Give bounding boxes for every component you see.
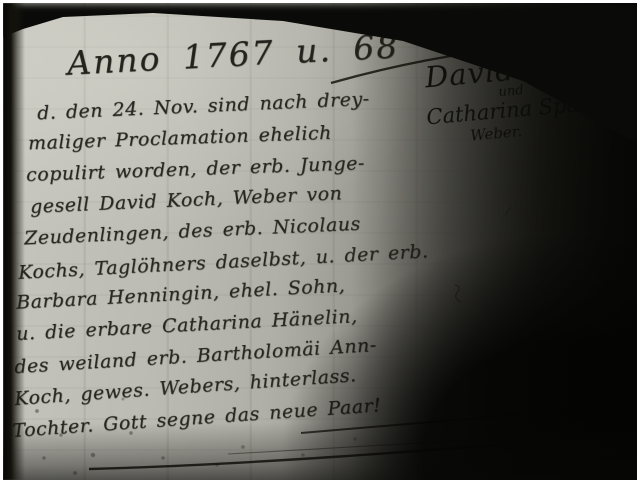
register-photograph: Anno 1767 u. 68 d. den 24. Nov. sind nac… bbox=[3, 3, 637, 480]
photo-frame: Anno 1767 u. 68 d. den 24. Nov. sind nac… bbox=[0, 0, 640, 483]
flourish-mark: ʒ bbox=[518, 35, 534, 64]
margin-note-couple-names: ʒ David Koch und Catharina Spannin Weber… bbox=[424, 42, 637, 148]
